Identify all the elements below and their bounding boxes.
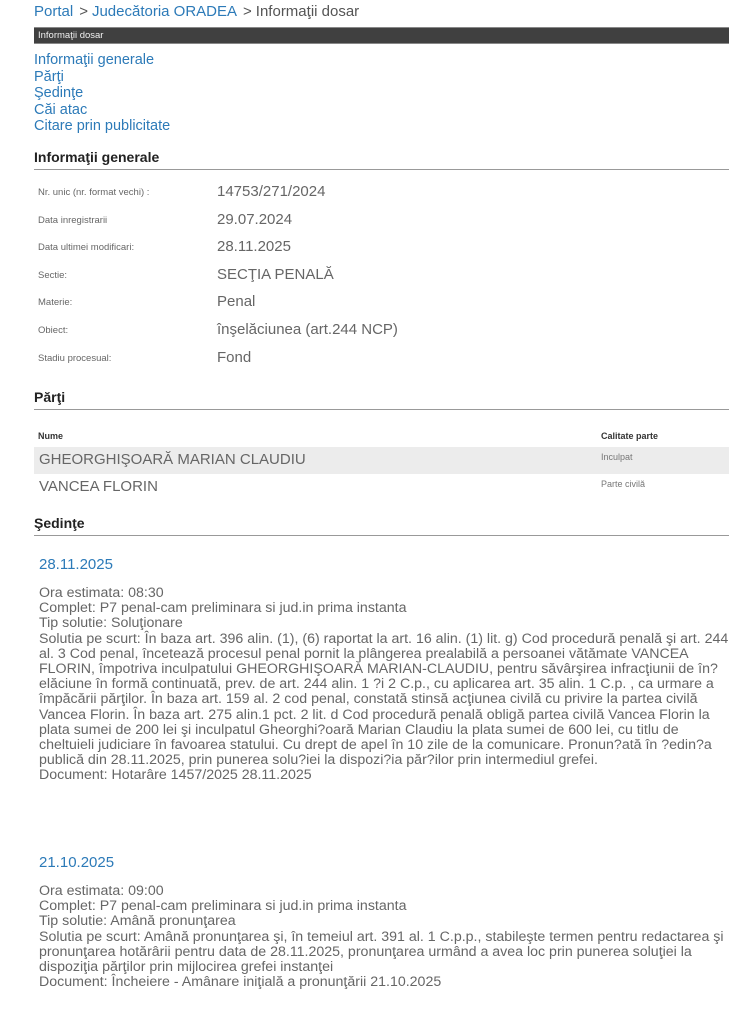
info-value: Fond — [217, 349, 251, 366]
party-name: VANCEA FLORIN — [39, 478, 158, 495]
info-label: Nr. unic (nr. format vechi) : — [34, 183, 217, 198]
hearing-time: Ora estimata: 08:30 — [39, 586, 729, 601]
breadcrumb-court-link[interactable]: Judecătoria ORADEA — [92, 3, 237, 20]
nav-link-hearings[interactable]: Şedinţe — [34, 85, 170, 102]
info-row-object: Obiect: înşelăciunea (art.244 NCP) — [34, 321, 594, 349]
nav-link-general-info[interactable]: Informaţii generale — [34, 52, 170, 69]
info-label: Data ultimei modificari: — [34, 238, 217, 253]
breadcrumb-separator: > — [243, 3, 252, 20]
hearing-document: Document: Încheiere - Amânare iniţială a… — [39, 975, 729, 990]
party-row: VANCEA FLORIN Parte civilă — [34, 474, 729, 501]
breadcrumb-separator: > — [79, 3, 88, 20]
nav-link-parties[interactable]: Părţi — [34, 69, 170, 86]
hearing-solution-summary: Solutia pe scurt: În baza art. 396 alin.… — [39, 632, 729, 769]
info-value: SECŢIA PENALĂ — [217, 266, 334, 283]
hearing-date: 28.11.2025 — [39, 556, 729, 574]
column-header-name: Nume — [38, 431, 63, 441]
parties-table-header: Nume Calitate parte — [34, 429, 729, 445]
party-role: Inculpat — [601, 452, 633, 462]
breadcrumb-current: Informaţii dosar — [256, 3, 359, 20]
breadcrumb: Portal>Judecătoria ORADEA>Informaţii dos… — [34, 3, 359, 21]
info-row-section: Sectie: SECŢIA PENALĂ — [34, 266, 594, 294]
hearing-solution-type: Tip solutie: Soluţionare — [39, 616, 729, 631]
general-info-table: Nr. unic (nr. format vechi) : 14753/271/… — [34, 183, 594, 376]
info-value: 28.11.2025 — [217, 238, 291, 255]
info-row-last-modified: Data ultimei modificari: 28.11.2025 — [34, 238, 594, 266]
info-row-registration-date: Data inregistrarii 29.07.2024 — [34, 211, 594, 239]
info-label: Sectie: — [34, 266, 217, 281]
header-bar-title: Informaţii dosar — [34, 28, 729, 43]
breadcrumb-portal-link[interactable]: Portal — [34, 3, 73, 20]
info-value: 14753/271/2024 — [217, 183, 325, 200]
hearing-time: Ora estimata: 09:00 — [39, 884, 729, 899]
info-label: Stadiu procesual: — [34, 349, 217, 364]
info-label: Obiect: — [34, 321, 217, 336]
info-value: 29.07.2024 — [217, 211, 292, 228]
hearing-solution-summary: Solutia pe scurt: Amână pronunţarea şi, … — [39, 930, 729, 976]
case-info-header-bar: Informaţii dosar — [34, 27, 729, 44]
info-value: înşelăciunea (art.244 NCP) — [217, 321, 398, 338]
party-name: GHEORGHIŞOARĂ MARIAN CLAUDIU — [39, 451, 306, 468]
hearing-document: Document: Hotarâre 1457/2025 28.11.2025 — [39, 768, 729, 783]
info-value: Penal — [217, 293, 255, 310]
nav-link-appeals[interactable]: Căi atac — [34, 102, 170, 119]
party-row: GHEORGHIŞOARĂ MARIAN CLAUDIU Inculpat — [34, 447, 729, 474]
column-header-role: Calitate parte — [601, 431, 658, 441]
hearings-heading: Şedinţe — [34, 515, 729, 536]
hearing-entry: 28.11.2025 Ora estimata: 08:30 Complet: … — [39, 556, 729, 784]
party-role: Parte civilă — [601, 479, 645, 489]
hearing-details: Ora estimata: 08:30 Complet: P7 penal-ca… — [39, 586, 729, 784]
info-label: Data inregistrarii — [34, 211, 217, 226]
info-row-matter: Materie: Penal — [34, 293, 594, 321]
nav-link-public-summons[interactable]: Citare prin publicitate — [34, 118, 170, 135]
info-label: Materie: — [34, 293, 217, 308]
info-row-procedural-stage: Stadiu procesual: Fond — [34, 349, 594, 377]
info-row-case-number: Nr. unic (nr. format vechi) : 14753/271/… — [34, 183, 594, 211]
hearing-entry: 21.10.2025 Ora estimata: 09:00 Complet: … — [39, 854, 729, 990]
general-info-heading: Informaţii generale — [34, 149, 729, 170]
parties-heading: Părţi — [34, 389, 729, 410]
hearing-panel: Complet: P7 penal-cam preliminara si jud… — [39, 601, 729, 616]
section-nav: Informaţii generale Părţi Şedinţe Căi at… — [34, 52, 170, 135]
hearing-solution-type: Tip solutie: Amână pronunţarea — [39, 914, 729, 929]
hearing-date: 21.10.2025 — [39, 854, 729, 872]
hearing-details: Ora estimata: 09:00 Complet: P7 penal-ca… — [39, 884, 729, 990]
hearing-panel: Complet: P7 penal-cam preliminara si jud… — [39, 899, 729, 914]
